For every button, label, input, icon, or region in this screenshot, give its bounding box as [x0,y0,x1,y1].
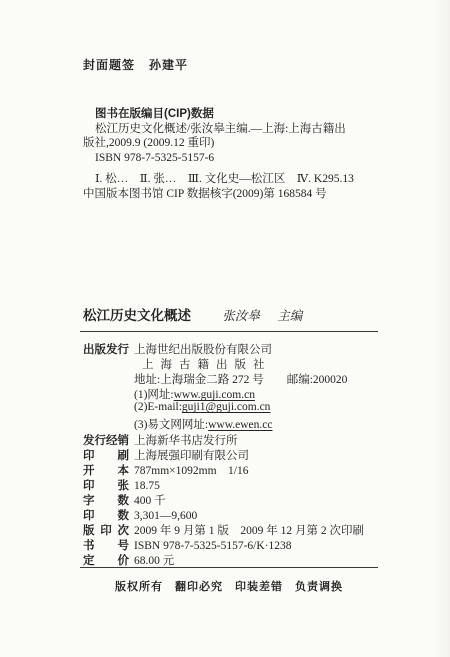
copyright-notice: 版权所有 翻印必究 印装差错 负责调换 [80,578,378,594]
colophon-label: 印 刷 [83,447,129,463]
colophon-line: 开 本787mm×1092mm 1/16 [83,462,413,477]
editor-role: 主编 [277,308,302,323]
cip-entry-line-2: 版社,2009.9 (2009.12 重印) [83,136,393,151]
colophon-text: 2009 年 9 月第 1 版 2009 年 12 月第 2 次印刷 [134,525,364,537]
printed-url: guji1@guji.com.cn [182,401,271,413]
colophon-text: 787mm×1092mm 1/16 [134,465,248,477]
cip-isbn: ISBN 978-7-5325-5157-6 [83,151,393,166]
colophon-label: 版 印 次 [83,522,129,538]
cip-heading: 图书在版编目(CIP)数据 [83,107,393,122]
colophon-label: 字 数 [83,492,129,508]
colophon-value: 2009 年 9 月第 1 版 2009 年 12 月第 2 次印刷 [134,522,413,538]
cover-inscription-label: 封面题签 [83,58,135,72]
colophon-line: (2)E-mail:guji1@guji.com.cn [83,401,413,416]
colophon-value: 上海展强印刷有限公司 [134,447,413,463]
colophon-line: 上海古籍出版社 [83,356,413,371]
colophon-label: 发行经销 [83,432,129,448]
colophon-line: 印 刷上海展强印刷有限公司 [83,447,413,462]
colophon-label: 印 张 [83,477,129,493]
colophon-label: 印 数 [83,507,129,523]
colophon-line: (1)网址:www.guji.com.cn [83,386,413,401]
colophon-text: 上海新华书店发行所 [134,435,238,447]
colophon-line: 版 印 次2009 年 9 月第 1 版 2009 年 12 月第 2 次印刷 [83,522,413,537]
colophon-value: 上海新华书店发行所 [134,432,413,448]
colophon-line: 出版发行上海世纪出版股份有限公司 [83,341,413,356]
colophon-line: (3)易文网网址:www.ewen.cc [83,416,413,431]
cip-entry-line-1: 松江历史文化概述/张汝皋主编.—上海:上海古籍出 [83,122,393,137]
colophon-text: 3,301—9,600 [134,510,197,522]
colophon-text: 上海世纪出版股份有限公司 [134,344,272,356]
editor-name: 张汝皋 [222,308,260,323]
scanned-copyright-page: 封面题签孙建平 图书在版编目(CIP)数据 松江历史文化概述/张汝皋主编.—上海… [0,0,450,657]
cip-registry: 中国版本图书馆 CIP 数据核字(2009)第 168584 号 [83,187,393,202]
colophon-value: (3)易文网网址:www.ewen.cc [120,416,413,432]
divider-bottom [80,567,378,568]
colophon-line: 地址:上海瑞金二路 272 号 邮编:200020 [83,371,413,386]
colophon-line: 印 张18.75 [83,477,413,492]
title-row: 松江历史文化概述 张汝皋 主编 [83,304,302,324]
colophon-text: (3)易文网网址: [134,419,208,431]
colophon-value: 3,301—9,600 [134,510,413,522]
colophon-line: 定 价68.00 元 [83,552,413,567]
colophon-text: 400 千 [134,495,166,507]
colophon-value: 上海世纪出版股份有限公司 [134,341,413,357]
colophon-text: 18.75 [134,480,160,492]
cover-inscription: 封面题签孙建平 [83,56,188,73]
colophon-value: 上海古籍出版社 [134,356,413,372]
colophon-text: (1)网址: [134,389,174,401]
colophon-value: 18.75 [134,480,413,492]
colophon-value: (2)E-mail:guji1@guji.com.cn [120,401,413,413]
colophon-value: 68.00 元 [134,552,413,568]
cip-block: 图书在版编目(CIP)数据 松江历史文化概述/张汝皋主编.—上海:上海古籍出 版… [83,107,393,201]
cover-calligrapher-name: 孙建平 [149,58,188,72]
colophon-value: (1)网址:www.guji.com.cn [120,386,413,402]
colophon-value: 地址:上海瑞金二路 272 号 邮编:200020 [120,371,413,387]
colophon-text: 上海古籍出版社 [142,359,272,371]
colophon-label: 出版发行 [83,341,129,357]
divider-top [80,331,378,332]
colophon-label: 开 本 [83,462,129,478]
colophon-text: (2)E-mail: [134,401,182,413]
colophon-line: 印 数3,301—9,600 [83,507,413,522]
colophon-text: 上海展强印刷有限公司 [134,450,249,462]
colophon-line: 字 数400 千 [83,492,413,507]
printed-url: www.guji.com.cn [174,389,255,401]
colophon-value: 400 千 [134,492,413,508]
colophon-label: 定 价 [83,552,129,568]
colophon-value: 787mm×1092mm 1/16 [134,462,413,478]
colophon-line: 发行经销上海新华书店发行所 [83,432,413,447]
colophon-line: 书 号ISBN 978-7-5325-5157-6/K·1238 [83,537,413,552]
cip-classification: Ⅰ. 松… Ⅱ. 张… Ⅲ. 文化史—松江区 Ⅳ. K295.13 [83,172,393,187]
colophon-rows: 出版发行上海世纪出版股份有限公司上海古籍出版社地址:上海瑞金二路 272 号 邮… [83,341,413,567]
colophon-text: 地址:上海瑞金二路 272 号 邮编:200020 [134,374,347,386]
printed-url: www.ewen.cc [208,419,272,431]
colophon-value: ISBN 978-7-5325-5157-6/K·1238 [134,540,413,552]
colophon-text: ISBN 978-7-5325-5157-6/K·1238 [134,540,291,552]
book-title: 松江历史文化概述 [83,308,191,323]
colophon-label: 书 号 [83,537,129,553]
colophon-text: 68.00 元 [134,555,174,567]
